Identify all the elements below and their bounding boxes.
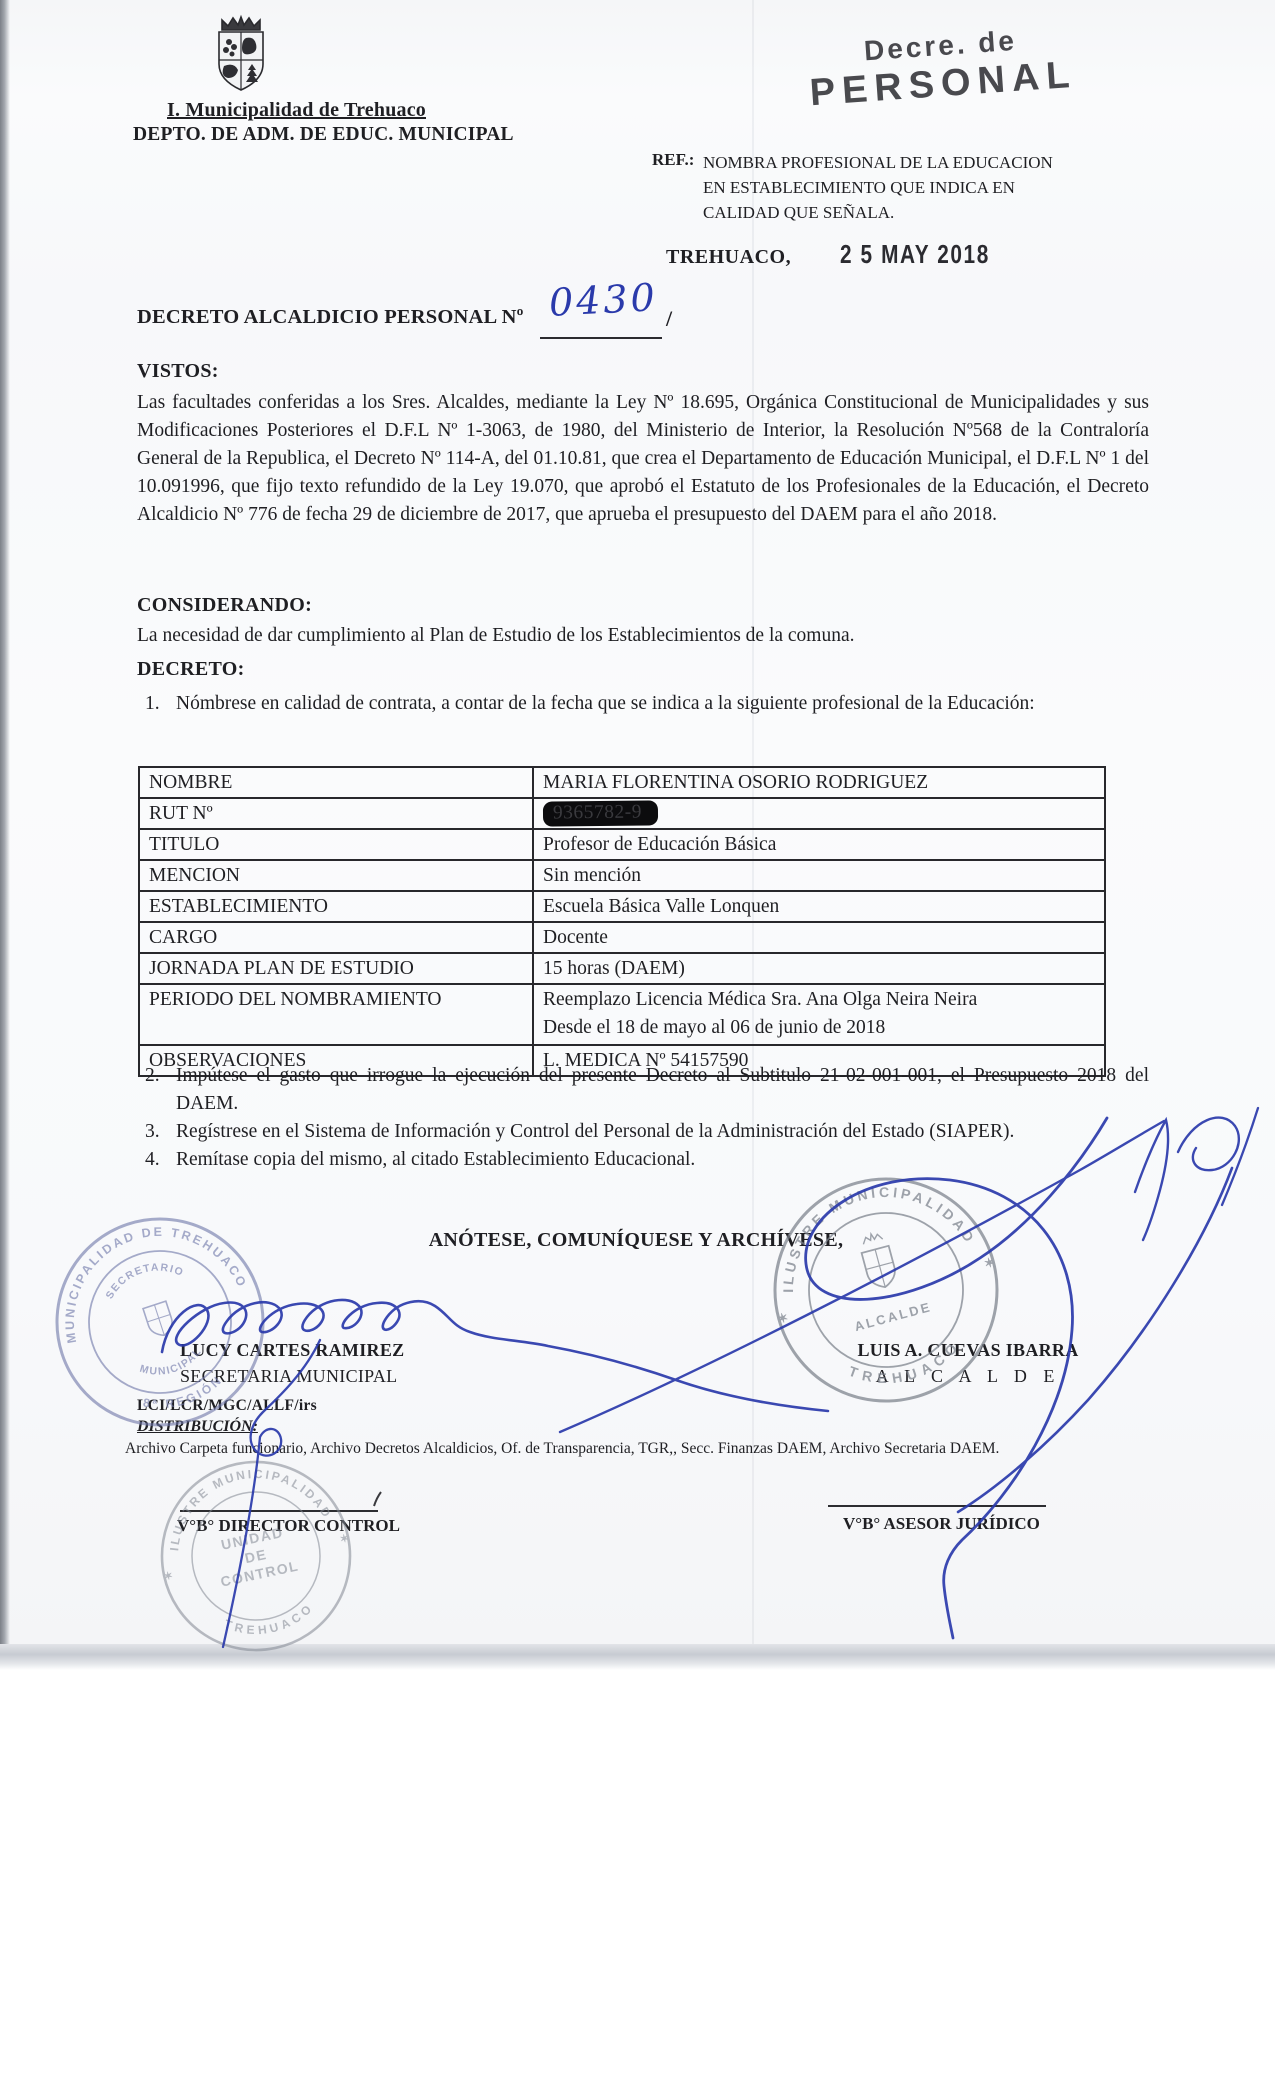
row-value: Docente: [533, 922, 1105, 953]
decree-title: DECRETO ALCALDICIO PERSONAL Nº: [137, 306, 524, 329]
decreto-items-2-4: 2. Impútese el gasto que irrogue la ejec…: [137, 1062, 1149, 1174]
decree-number-underline: [540, 337, 662, 339]
drafting-initials: LCI/LCR/MGC/ALLF/irs: [137, 1397, 317, 1415]
row-value: MARIA FLORENTINA OSORIO RODRIGUEZ: [533, 767, 1105, 798]
decreto-heading: DECRETO:: [137, 658, 245, 681]
row-value-redacted: 9365782-9: [533, 798, 1105, 829]
ref-text: NOMBRA PROFESIONAL DE LA EDUCACION EN ES…: [703, 150, 1093, 225]
row-value: Profesor de Educación Básica: [533, 829, 1105, 860]
signature-block-secretaria: LUCY CARTES RAMIREZ SECRETARIA MUNICIPAL: [180, 1340, 404, 1387]
date-stamp: 2 5 MAY 2018: [840, 239, 990, 270]
item-3-text: Regístrese en el Sistema de Información …: [176, 1118, 1149, 1146]
table-row: RUT Nº 9365782-9: [139, 798, 1105, 829]
closing-formula: ANÓTESE, COMUNÍQUESE Y ARCHÍVESE,: [336, 1229, 936, 1252]
row-label: JORNADA PLAN DE ESTUDIO: [139, 953, 533, 984]
row-label: PERIODO DEL NOMBRAMIENTO: [139, 984, 533, 1045]
row-label: MENCION: [139, 860, 533, 891]
row-value: Sin mención: [533, 860, 1105, 891]
item-4-text: Remítase copia del mismo, al citado Esta…: [176, 1146, 1149, 1174]
scanned-decree-page: I. Municipalidad de Trehuaco DEPTO. DE A…: [0, 0, 1275, 2100]
table-row: CARGO Docente: [139, 922, 1105, 953]
ref-line-2: EN ESTABLECIMIENTO QUE INDICA EN: [703, 175, 1093, 200]
vb-asesor-juridico: V°B° ASESOR JURÍDICO: [843, 1514, 1040, 1534]
distribution-label: DISTRIBUCIÓN:: [137, 1418, 258, 1436]
rut-redaction-mark: 9365782-9: [543, 800, 658, 826]
appointment-table: NOMBRE MARIA FLORENTINA OSORIO RODRIGUEZ…: [138, 766, 1106, 1077]
table-row: NOMBRE MARIA FLORENTINA OSORIO RODRIGUEZ: [139, 767, 1105, 798]
row-value: Escuela Básica Valle Lonquen: [533, 891, 1105, 922]
row-label: TITULO: [139, 829, 533, 860]
ref-label: REF.:: [652, 150, 694, 170]
coat-of-arms-icon: [210, 14, 272, 98]
vb-director-control: V°B° DIRECTOR CONTROL: [177, 1516, 400, 1536]
vistos-body: Las facultades conferidas a los Sres. Al…: [137, 389, 1149, 529]
secretaria-title: SECRETARIA MUNICIPAL: [180, 1366, 404, 1387]
item-1-text: Nómbrese en calidad de contrata, a conta…: [176, 690, 1149, 718]
ref-line-1: NOMBRA PROFESIONAL DE LA EDUCACION: [703, 150, 1093, 175]
item-3-number: 3.: [137, 1118, 176, 1146]
row-label: RUT Nº: [139, 798, 533, 829]
table-row: TITULO Profesor de Educación Básica: [139, 829, 1105, 860]
decree-number-slash: /: [666, 306, 672, 332]
city-dateline: TREHUACO,: [666, 246, 791, 269]
row-label: ESTABLECIMIENTO: [139, 891, 533, 922]
vb-asesor-line: [828, 1505, 1046, 1507]
vb-director-line: [180, 1510, 378, 1512]
item-4-number: 4.: [137, 1146, 176, 1174]
alcalde-name: LUIS A. CUEVAS IBARRA: [846, 1340, 1090, 1361]
table-row: PERIODO DEL NOMBRAMIENTO Reemplazo Licen…: [139, 984, 1105, 1045]
row-label: CARGO: [139, 922, 533, 953]
decreto-item-3: 3. Regístrese en el Sistema de Informaci…: [137, 1118, 1149, 1146]
considerando-body: La necesidad de dar cumplimiento al Plan…: [137, 622, 1149, 650]
vistos-heading: VISTOS:: [137, 360, 219, 383]
decreto-item-4: 4. Remítase copia del mismo, al citado E…: [137, 1146, 1149, 1174]
department-name: DEPTO. DE ADM. DE EDUC. MUNICIPAL: [133, 124, 514, 146]
row-label: NOMBRE: [139, 767, 533, 798]
decreto-item-1: 1. Nómbrese en calidad de contrata, a co…: [137, 690, 1149, 718]
row-value: Reemplazo Licencia Médica Sra. Ana Olga …: [533, 984, 1105, 1045]
secretaria-name: LUCY CARTES RAMIREZ: [180, 1340, 404, 1361]
table-row: JORNADA PLAN DE ESTUDIO 15 horas (DAEM): [139, 953, 1105, 984]
distribution-list: Archivo Carpeta funcionario, Archivo Dec…: [125, 1440, 1180, 1458]
item-2-text: Impútese el gasto que irrogue la ejecuci…: [176, 1062, 1149, 1118]
decree-number-handwritten: 0430: [548, 275, 659, 325]
decreto-item-2: 2. Impútese el gasto que irrogue la ejec…: [137, 1062, 1149, 1118]
table-row: MENCION Sin mención: [139, 860, 1105, 891]
row-value: 15 horas (DAEM): [533, 953, 1105, 984]
alcalde-title: A L C A L D E: [846, 1366, 1090, 1387]
ref-line-3: CALIDAD QUE SEÑALA.: [703, 200, 1093, 225]
considerando-heading: CONSIDERANDO:: [137, 594, 312, 617]
item-2-number: 2.: [137, 1062, 176, 1090]
scan-left-edge: [0, 0, 10, 1650]
table-row: ESTABLECIMIENTO Escuela Básica Valle Lon…: [139, 891, 1105, 922]
municipality-name: I. Municipalidad de Trehuaco: [167, 99, 426, 122]
signature-block-alcalde: LUIS A. CUEVAS IBARRA A L C A L D E: [846, 1340, 1090, 1387]
paper-bottom-shadow: [0, 1644, 1275, 1670]
item-1-number: 1.: [137, 690, 176, 718]
